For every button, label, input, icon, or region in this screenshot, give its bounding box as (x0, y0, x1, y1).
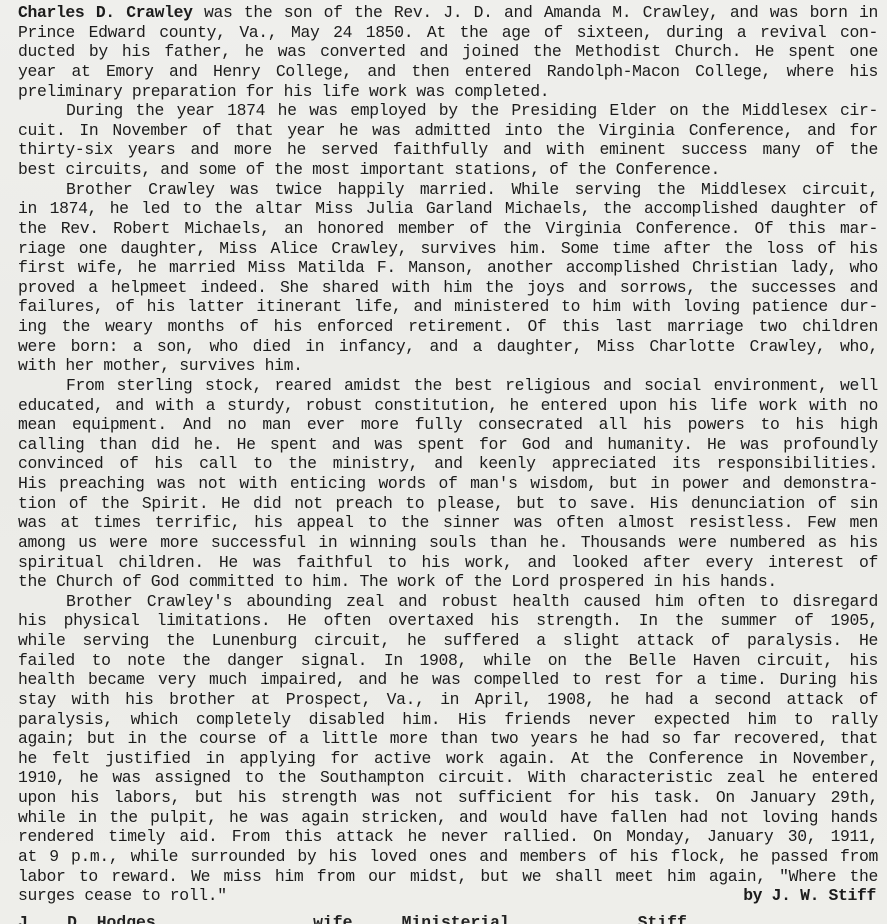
text-line: During the year 1874 he was employed by … (18, 101, 878, 121)
cropped-next-line: J. . D. Hodges wife . . Ministerial . . … (18, 913, 878, 924)
closing-line: surges cease to roll." by J. W. Stiff (18, 886, 878, 906)
text-line: riage one daughter, Miss Alice Crawley, … (18, 239, 878, 259)
text-line: preliminary preparation for his life wor… (18, 82, 878, 102)
text-line: spiritual children. He was faithful to h… (18, 553, 878, 573)
text-line: the Church of God committed to him. The … (18, 572, 878, 592)
text-line: while in the pulpit, he was again strick… (18, 808, 878, 828)
text-line: the Rev. Robert Michaels, an honored mem… (18, 219, 878, 239)
text-line: Prince Edward county, Va., May 24 1850. … (18, 23, 878, 43)
text-line: health became very much impaired, and he… (18, 670, 878, 690)
text-line: failed to note the danger signal. In 190… (18, 651, 878, 671)
text-line: in 1874, he led to the altar Miss Julia … (18, 199, 878, 219)
text-line: he felt justified in applying for active… (18, 749, 878, 769)
text-line: with her mother, survives him. (18, 356, 878, 376)
text-line: year at Emory and Henry College, and the… (18, 62, 878, 82)
text-line: ducted by his father, he was converted a… (18, 42, 878, 62)
text-line: rendered timely aid. From this attack he… (18, 827, 878, 847)
text-line: educated, and with a sturdy, robust cons… (18, 396, 878, 416)
text-line: 1910, he was assigned to the Southampton… (18, 768, 878, 788)
text-line: while serving the Lunenburg circuit, he … (18, 631, 878, 651)
text-line: ing the weary months of his enforced ret… (18, 317, 878, 337)
text-line: his physical limitations. He often overt… (18, 611, 878, 631)
text-line: From sterling stock, reared amidst the b… (18, 376, 878, 396)
subject-name: Charles D. Crawley (18, 3, 193, 22)
text-line: His preaching was not with enticing word… (18, 474, 878, 494)
text-line: paralysis, which completely disabled him… (18, 710, 878, 730)
text-line: Brother Crawley's abounding zeal and rob… (18, 592, 878, 612)
text-line: upon his labors, but his strength was no… (18, 788, 878, 808)
text-line: stay with his brother at Prospect, Va., … (18, 690, 878, 710)
text-line: cuit. In November of that year he was ad… (18, 121, 878, 141)
text-line: at 9 p.m., while surrounded by his loved… (18, 847, 878, 867)
text-line: again; but in the course of a little mor… (18, 729, 878, 749)
text-line: failures, of his latter itinerant life, … (18, 297, 878, 317)
text-line: proved a helpmeet indeed. She shared wit… (18, 278, 878, 298)
text-line: first wife, he married Miss Matilda F. M… (18, 258, 878, 278)
text-line: convinced of his call to the ministry, a… (18, 454, 878, 474)
text-line: labor to reward. We miss him from our mi… (18, 867, 878, 887)
text-line: tion of the Spirit. He did not preach to… (18, 494, 878, 514)
obituary-text: Charles D. Crawley was the son of the Re… (18, 3, 878, 906)
author-signature: by J. W. Stiff (743, 886, 878, 906)
text-line: best circuits, and some of the most impo… (18, 160, 878, 180)
text-line: thirty-six years and more he served fait… (18, 140, 878, 160)
text-line: Charles D. Crawley was the son of the Re… (18, 3, 878, 23)
text-line: were born: a son, who died in infancy, a… (18, 337, 878, 357)
text-line: Brother Crawley was twice happily marrie… (18, 180, 878, 200)
scanned-page: Charles D. Crawley was the son of the Re… (0, 0, 887, 924)
text-line: calling than did he. He spent and was sp… (18, 435, 878, 455)
text-line: among us were more successful in winning… (18, 533, 878, 553)
text-line: mean equipment. And no man ever more ful… (18, 415, 878, 435)
text-line: was at times terrific, his appeal to the… (18, 513, 878, 533)
final-text-line: surges cease to roll." (18, 886, 227, 906)
